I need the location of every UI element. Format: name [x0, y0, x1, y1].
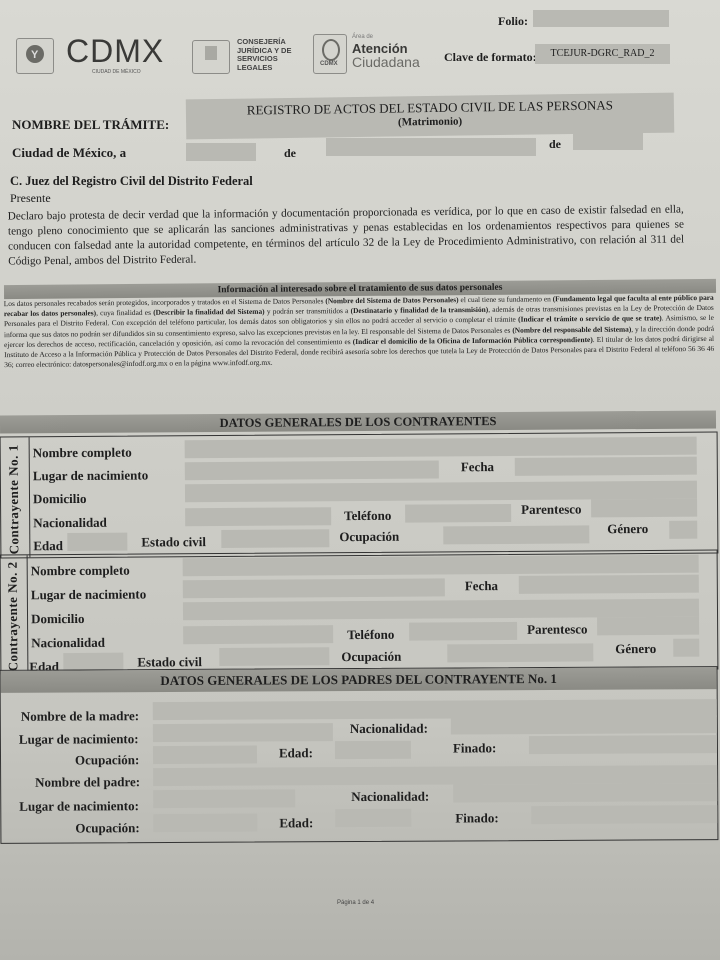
year-field[interactable] [573, 132, 643, 150]
c1-telefono-label: Teléfono [344, 508, 391, 524]
consejeria-line-4: LEGALES [237, 64, 291, 73]
privacy-placeholder-text: (Indicar el domicilio de la Oficina de I… [353, 335, 593, 346]
c1-nombre-field[interactable] [185, 437, 697, 459]
padre-edad-field[interactable] [335, 809, 411, 827]
c1-genero-label: Género [607, 521, 648, 537]
privacy-placeholder-text: (Nombre del responsable del Sistema) [512, 324, 631, 334]
c2-genero-field[interactable] [673, 639, 699, 657]
contrayente-1-section: Contrayente No. 1 Nombre completo Lugar … [0, 431, 718, 558]
padre-finado-label: Finado: [455, 810, 498, 826]
folio-field[interactable] [533, 10, 669, 27]
c2-estado-civil-field[interactable] [219, 647, 329, 666]
madre-nacionalidad-label: Nacionalidad: [350, 721, 428, 737]
c1-fecha-label: Fecha [461, 459, 494, 475]
padre-lugar-label: Lugar de nacimiento: [19, 798, 139, 815]
privacy-placeholder-text: (Nombre del Sistema de Datos Personales) [325, 295, 458, 305]
day-field[interactable] [186, 143, 256, 161]
madre-lugar-field[interactable] [153, 723, 333, 742]
c2-domicilio-label: Domicilio [31, 611, 85, 627]
privacy-body-text: y podrán ser transmitidos a [265, 306, 351, 316]
c1-parentesco-field[interactable] [591, 499, 697, 518]
contrayente-2-section: Contrayente No. 2 Nombre completo Lugar … [0, 549, 718, 674]
c2-lugar-label: Lugar de nacimiento [31, 586, 146, 603]
atencion-ciudadana-icon: CDMX [313, 34, 347, 74]
cdmx-emblem-icon: Y [16, 38, 54, 74]
contrayente-1-side-label: Contrayente No. 1 [6, 444, 23, 554]
madre-nacionalidad-field[interactable] [451, 715, 717, 734]
padre-nacionalidad-label: Nacionalidad: [351, 789, 429, 805]
c1-lugar-field[interactable] [185, 460, 439, 480]
atencion-line-2: Ciudadana [352, 54, 420, 70]
madre-edad-field[interactable] [335, 741, 411, 759]
c1-edad-field[interactable] [67, 533, 127, 551]
padre-edad-label: Edad: [279, 815, 313, 831]
c2-fecha-label: Fecha [465, 578, 498, 594]
madre-finado-label: Finado: [453, 740, 496, 756]
madre-ocupacion-label: Ocupación: [75, 752, 139, 768]
c1-nacionalidad-field[interactable] [185, 507, 331, 526]
privacy-placeholder-text: (Describir la finalidad del Sistema) [153, 307, 264, 317]
madre-finado-field[interactable] [529, 735, 717, 754]
cdmx-logo-text: CDMX [66, 33, 164, 70]
contrayentes-title-bar: DATOS GENERALES DE LOS CONTRAYENTES [0, 411, 716, 434]
privacy-notice-text: Los datos personales recabados serán pro… [4, 293, 715, 371]
addressee-line-1: C. Juez del Registro Civil del Distrito … [10, 174, 253, 189]
c2-lugar-field[interactable] [183, 578, 445, 598]
c1-estado-civil-label: Estado civil [141, 534, 206, 550]
page-number: Página 1 de 4 [337, 900, 374, 906]
madre-lugar-label: Lugar de nacimiento: [19, 731, 139, 748]
atencion-small-text: Área de [352, 34, 373, 40]
c1-nacionalidad-label: Nacionalidad [33, 515, 107, 532]
c2-telefono-label: Teléfono [347, 627, 394, 643]
c1-ocupacion-label: Ocupación [339, 529, 399, 545]
padre-nacionalidad-field[interactable] [453, 783, 717, 802]
c2-nacionalidad-field[interactable] [183, 625, 333, 644]
privacy-body-text: , cuya finalidad es [96, 308, 153, 317]
privacy-placeholder-text: (Destinatario y finalidad de la transmis… [351, 305, 489, 315]
consejeria-logo-text: CONSEJERÍA JURÍDICA Y DE SERVICIOS LEGAL… [237, 38, 291, 72]
form-page: Folio: Y CDMX CIUDAD DE MÉXICO CONSEJERÍ… [0, 0, 720, 960]
cdmx-logo-subtext: CIUDAD DE MÉXICO [92, 69, 141, 75]
c1-parentesco-label: Parentesco [521, 501, 582, 517]
madre-nombre-label: Nombre de la madre: [21, 708, 139, 725]
c2-ocupacion-label: Ocupación [341, 649, 401, 665]
madre-edad-label: Edad: [279, 745, 313, 761]
padre-lugar-field[interactable] [153, 789, 295, 808]
c1-nombre-label: Nombre completo [33, 445, 132, 462]
c1-domicilio-label: Domicilio [33, 491, 87, 507]
privacy-body-text: el cual tiene su fundamento en [459, 294, 553, 304]
ciudad-label: Ciudad de México, a [12, 145, 126, 161]
folio-label: Folio: [498, 14, 528, 29]
c2-nombre-label: Nombre completo [31, 563, 130, 580]
c2-parentesco-field[interactable] [597, 617, 699, 636]
madre-ocupacion-field[interactable] [153, 746, 257, 765]
c1-estado-civil-field[interactable] [221, 529, 329, 548]
consejeria-emblem-icon [192, 40, 230, 74]
padre-ocupacion-field[interactable] [153, 814, 257, 833]
c1-lugar-label: Lugar de nacimiento [33, 467, 148, 484]
padre-ocupacion-label: Ocupación: [75, 820, 139, 836]
month-field[interactable] [326, 138, 536, 156]
c1-telefono-field[interactable] [405, 504, 511, 523]
c2-nombre-field[interactable] [183, 555, 699, 577]
c2-nacionalidad-label: Nacionalidad [31, 635, 105, 652]
c1-edad-label: Edad [33, 538, 63, 554]
privacy-placeholder-text: (Indicar el trámite o servicio de que se… [518, 314, 662, 324]
padres-title-bar: DATOS GENERALES DE LOS PADRES DEL CONTRA… [1, 667, 717, 693]
c2-fecha-field[interactable] [519, 575, 699, 594]
contrayente-2-side-label: Contrayente No. 2 [5, 561, 22, 671]
de-label-1: de [284, 146, 296, 161]
tramite-label: NOMBRE DEL TRÁMITE: [12, 117, 169, 133]
c1-fecha-field[interactable] [515, 457, 697, 476]
c2-parentesco-label: Parentesco [527, 621, 588, 637]
clave-formato-label: Clave de formato: [444, 50, 537, 65]
c2-genero-label: Género [615, 641, 656, 657]
padres-section: DATOS GENERALES DE LOS PADRES DEL CONTRA… [0, 666, 718, 844]
addressee-line-2: Presente [10, 191, 51, 206]
c1-ocupacion-field[interactable] [443, 525, 589, 544]
de-label-2: de [549, 137, 561, 152]
padre-nombre-label: Nombre del padre: [35, 774, 140, 791]
c1-genero-field[interactable] [669, 521, 697, 539]
c2-ocupacion-field[interactable] [447, 643, 593, 662]
declaration-text: Declaro bajo protesta de decir verdad qu… [8, 202, 685, 269]
padre-finado-field[interactable] [531, 805, 717, 824]
clave-formato-field: TCEJUR-DGRC_RAD_2 [535, 44, 670, 64]
c2-telefono-field[interactable] [409, 622, 517, 641]
